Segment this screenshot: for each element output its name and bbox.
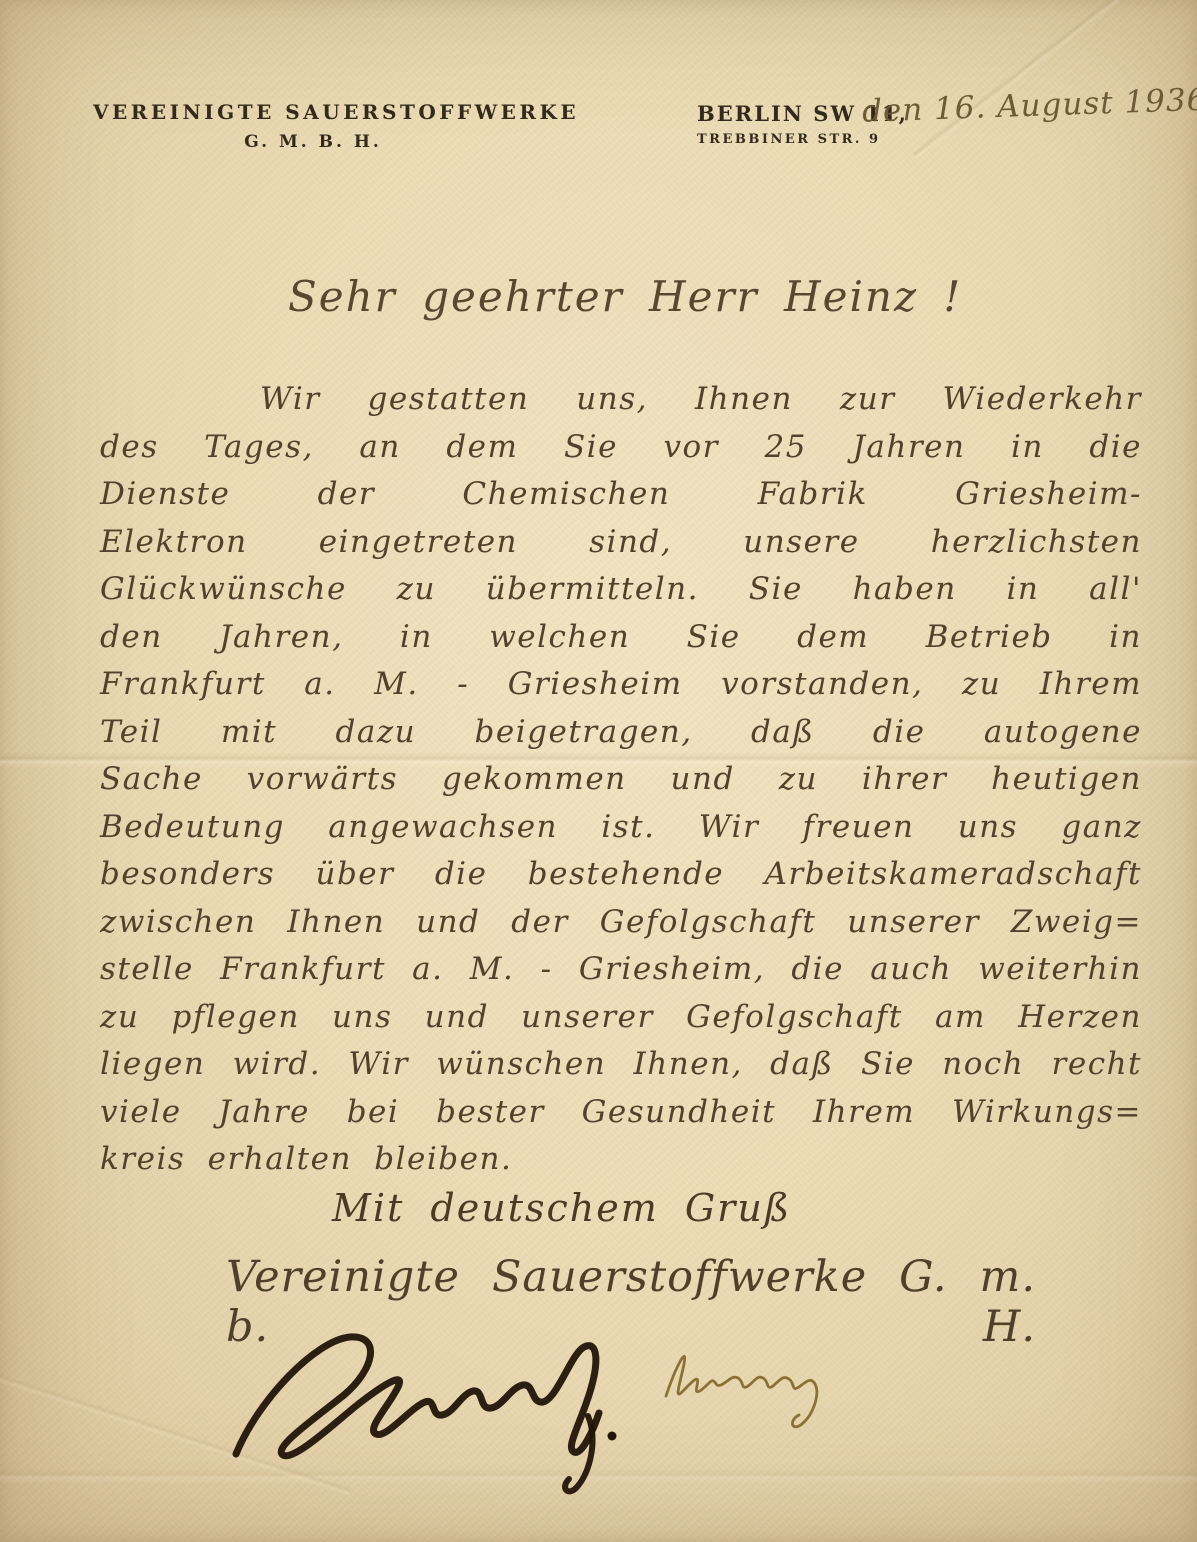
handwritten-line: den Jahren, in welchen Sie dem Betrieb i… xyxy=(100,614,1142,662)
letterhead-company-name: VEREINIGTE SAUERSTOFFWERKE xyxy=(93,100,533,124)
closing-line: Mit deutschem Gruß xyxy=(332,1186,791,1230)
letter-page: VEREINIGTE SAUERSTOFFWERKE G. M. B. H. B… xyxy=(0,0,1197,1542)
handwritten-line: liegen wird. Wir wünschen Ihnen, daß Sie… xyxy=(100,1041,1142,1089)
handwritten-line: Teil mit dazu beigetragen, daß die autog… xyxy=(100,709,1142,757)
handwritten-line: Frankfurt a. M. - Griesheim vorstanden, … xyxy=(100,661,1142,709)
handwritten-line: Elektron eingetreten sind, unsere herzli… xyxy=(100,519,1142,567)
corner-crease xyxy=(912,0,1197,160)
handwritten-line: kreis erhalten bleiben. xyxy=(100,1136,1142,1184)
handwritten-line: viele Jahre bei bester Gesundheit Ihrem … xyxy=(100,1089,1142,1137)
letter-body: Wir gestatten uns, Ihnen zur Wiederkehr … xyxy=(100,376,1142,1184)
letterhead-company-suffix: G. M. B. H. xyxy=(93,132,533,152)
handwritten-line: zwischen Ihnen und der Gefolgschaft unse… xyxy=(100,899,1142,947)
handwritten-line: des Tages, an dem Sie vor 25 Jahren in d… xyxy=(100,424,1142,472)
handwritten-line: Glückwünsche zu übermitteln. Sie haben i… xyxy=(100,566,1142,614)
handwritten-line: Sache vorwärts gekommen und zu ihrer heu… xyxy=(100,756,1142,804)
letterhead-street: TREBBINER STR. 9 xyxy=(697,132,908,147)
signature-secondary xyxy=(656,1334,856,1444)
letterhead-left: VEREINIGTE SAUERSTOFFWERKE G. M. B. H. xyxy=(93,100,533,152)
handwritten-line: zu pflegen uns und unserer Gefolgschaft … xyxy=(100,994,1142,1042)
handwritten-line: Dienste der Chemischen Fabrik Griesheim- xyxy=(100,471,1142,519)
handwritten-line: besonders über die bestehende Arbeitskam… xyxy=(100,851,1142,899)
salutation: Sehr geehrter Herr Heinz ! xyxy=(288,272,962,321)
handwritten-line: Wir gestatten uns, Ihnen zur Wiederkehr xyxy=(100,376,1142,424)
handwritten-line: Bedeutung angewachsen ist. Wir freuen un… xyxy=(100,804,1142,852)
handwritten-line: stelle Frankfurt a. M. - Griesheim, die … xyxy=(100,946,1142,994)
handwritten-date: den 16. August 1936. xyxy=(861,82,1192,129)
signature-primary xyxy=(228,1316,648,1506)
